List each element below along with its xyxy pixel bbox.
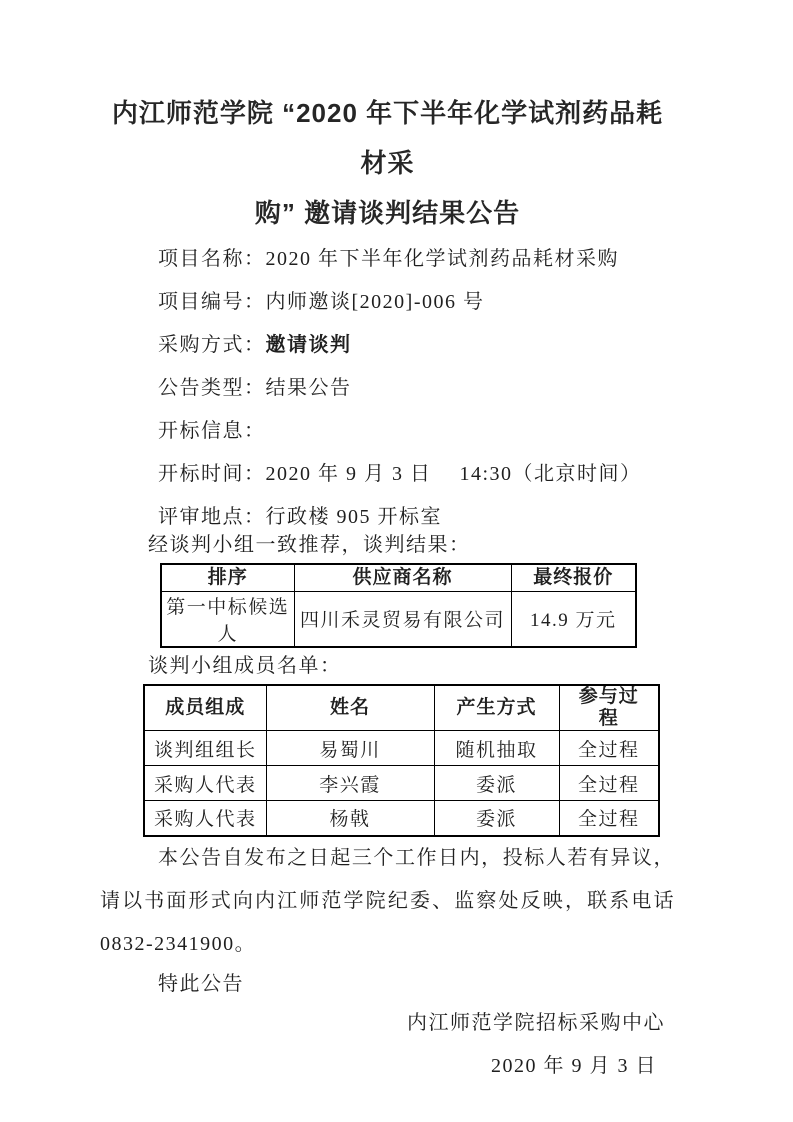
- detail-line-project-number: 项目编号：内师邀谈[2020]-006 号: [100, 281, 675, 324]
- members-header-name: 姓名: [266, 685, 434, 731]
- member-role: 谈判组组长: [144, 731, 266, 766]
- detail-line-procurement-method: 采购方式：邀请谈判: [100, 324, 675, 367]
- result-header-final-price: 最终报价: [511, 564, 636, 591]
- procurement-method-label: 采购方式：: [158, 334, 266, 356]
- project-number-label: 项目编号：: [158, 291, 266, 313]
- objection-notice-paragraph: 本公告自发布之日起三个工作日内，投标人若有异议，请以书面形式向内江师范学院纪委、…: [100, 837, 675, 966]
- project-number-value: 内师邀谈[2020]-006 号: [266, 291, 485, 313]
- member-participation: 全过程: [559, 801, 659, 836]
- member-selection-method: 委派: [434, 766, 559, 801]
- review-location-label: 评审地点：: [158, 506, 266, 528]
- members-header-role: 成员组成: [144, 685, 266, 731]
- detail-line-bid-opening-time: 开标时间：2020 年 9 月 3 日 14:30（北京时间）: [100, 453, 675, 496]
- bid-opening-time-value: 2020 年 9 月 3 日 14:30（北京时间）: [266, 463, 642, 485]
- members-header-selection-method: 产生方式: [434, 685, 559, 731]
- members-table-row: 采购人代表 杨戟 委派 全过程: [144, 801, 659, 836]
- project-name-value: 2020 年下半年化学试剂药品耗材采购: [266, 248, 620, 270]
- result-cell-final-price: 14.9 万元: [511, 591, 636, 647]
- result-table-header-row: 排序 供应商名称 最终报价: [161, 564, 636, 591]
- announcement-type-label: 公告类型：: [158, 377, 266, 399]
- detail-line-bid-opening-info: 开标信息：: [100, 410, 675, 453]
- procurement-method-value: 邀请谈判: [266, 334, 352, 356]
- detail-lines: 项目名称：2020 年下半年化学试剂药品耗材采购 项目编号：内师邀谈[2020]…: [100, 238, 675, 539]
- members-table-row: 采购人代表 李兴霞 委派 全过程: [144, 766, 659, 801]
- issuer-signature: 内江师范学院招标采购中心: [100, 1002, 675, 1045]
- member-role: 采购人代表: [144, 801, 266, 836]
- result-cell-supplier: 四川禾灵贸易有限公司: [294, 591, 511, 647]
- result-header-rank: 排序: [161, 564, 294, 591]
- members-table-row: 谈判组组长 易蜀川 随机抽取 全过程: [144, 731, 659, 766]
- member-role: 采购人代表: [144, 766, 266, 801]
- members-heading: 谈判小组成员名单：: [100, 648, 675, 684]
- result-cell-rank: 第一中标候选人: [161, 591, 294, 647]
- bid-opening-info-label: 开标信息：: [158, 420, 266, 442]
- result-table-row: 第一中标候选人 四川禾灵贸易有限公司 14.9 万元: [161, 591, 636, 647]
- review-location-value: 行政楼 905 开标室: [266, 506, 443, 528]
- detail-line-announcement-type: 公告类型：结果公告: [100, 367, 675, 410]
- title-line-2: 购” 邀请谈判结果公告: [100, 188, 675, 238]
- issue-date: 2020 年 9 月 3 日: [100, 1045, 675, 1088]
- project-name-label: 项目名称：: [158, 248, 266, 270]
- members-header-participation: 参与过程: [559, 685, 659, 731]
- member-name: 杨戟: [266, 801, 434, 836]
- member-participation: 全过程: [559, 766, 659, 801]
- closing-line: 特此公告: [100, 966, 675, 1002]
- members-table: 成员组成 姓名 产生方式 参与过程 谈判组组长 易蜀川 随机抽取 全过程 采购人…: [143, 684, 660, 837]
- members-table-header-row: 成员组成 姓名 产生方式 参与过程: [144, 685, 659, 731]
- page-title: 内江师范学院 “2020 年下半年化学试剂药品耗材采 购” 邀请谈判结果公告: [100, 88, 675, 238]
- bid-opening-time-label: 开标时间：: [158, 463, 266, 485]
- negotiation-result-lead: 经谈判小组一致推荐，谈判结果：: [100, 527, 675, 563]
- member-name: 李兴霞: [266, 766, 434, 801]
- result-header-supplier: 供应商名称: [294, 564, 511, 591]
- detail-line-project-name: 项目名称：2020 年下半年化学试剂药品耗材采购: [100, 238, 675, 281]
- member-selection-method: 委派: [434, 801, 559, 836]
- member-selection-method: 随机抽取: [434, 731, 559, 766]
- announcement-type-value: 结果公告: [266, 377, 352, 399]
- title-line-1: 内江师范学院 “2020 年下半年化学试剂药品耗材采: [100, 88, 675, 188]
- member-participation: 全过程: [559, 731, 659, 766]
- member-name: 易蜀川: [266, 731, 434, 766]
- result-table: 排序 供应商名称 最终报价 第一中标候选人 四川禾灵贸易有限公司 14.9 万元: [160, 563, 637, 648]
- announcement-page: 内江师范学院 “2020 年下半年化学试剂药品耗材采 购” 邀请谈判结果公告 项…: [0, 0, 793, 1122]
